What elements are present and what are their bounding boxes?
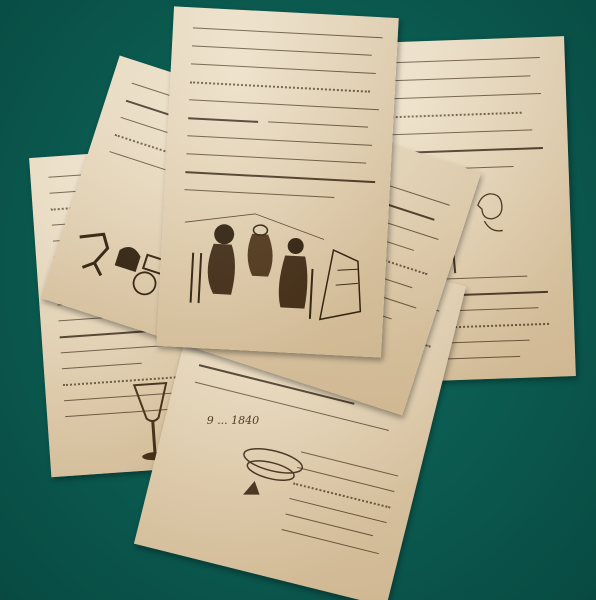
seated-figures-samovar-sketch-icon (169, 202, 376, 342)
date-inscription: 9 ... 1840 (207, 414, 259, 427)
profile-portrait-sketch-icon (469, 188, 511, 239)
manuscript-sheet-top (156, 6, 398, 357)
